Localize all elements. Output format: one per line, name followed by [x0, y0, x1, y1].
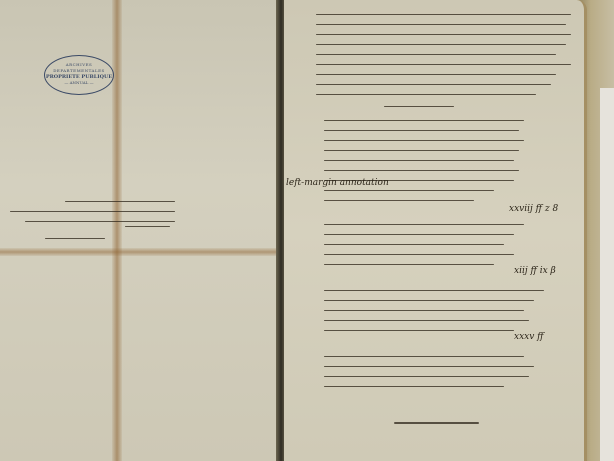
marginal-note: left-margin annotation: [286, 178, 389, 188]
paragraph-intro: [316, 14, 576, 104]
white-card-edge: [600, 88, 614, 461]
handwriting-line: [316, 94, 536, 95]
handwriting-line: [324, 200, 474, 201]
handwriting-line: [324, 140, 524, 141]
handwriting-line: [316, 34, 571, 35]
handwriting-line: [125, 226, 170, 227]
handwriting-line: [324, 234, 514, 235]
heading: [384, 106, 464, 116]
amount-entry-3: xxxv ff: [514, 332, 544, 342]
handwriting-line: [316, 14, 571, 15]
handwriting-line: [324, 254, 514, 255]
handwriting-line: [324, 120, 524, 121]
right-page: left-margin annotation xxviij ff z 8 xii…: [284, 0, 587, 461]
handwriting-line: [316, 84, 551, 85]
handwriting-line: [324, 310, 524, 311]
amount-entry-2: xiij ff ix β: [514, 266, 556, 276]
signature-stroke: [394, 422, 479, 424]
horizontal-fold-stain: [0, 248, 280, 256]
handwriting-line: [324, 320, 529, 321]
handwriting-line: [324, 356, 524, 357]
inverted-endorsement: [10, 192, 175, 222]
handwriting-line: [324, 330, 514, 331]
handwriting-line: [324, 150, 519, 151]
handwriting-line: [324, 264, 494, 265]
handwriting-line: [316, 24, 566, 25]
handwriting-line: [324, 244, 504, 245]
handwriting-line: [324, 366, 534, 367]
handwriting-line: [316, 54, 556, 55]
archive-stamp: ARCHIVES DEPARTEMENTALES PROPRIETE PUBLI…: [44, 55, 114, 95]
entry-4: [324, 356, 554, 396]
handwriting-line: [324, 224, 524, 225]
vertical-fold-stain: [112, 0, 122, 461]
handwriting-line: [324, 160, 514, 161]
stamp-line: — ANNUAL —: [45, 80, 113, 86]
left-page: ARCHIVES DEPARTEMENTALES PROPRIETE PUBLI…: [0, 0, 280, 461]
handwriting-line: [324, 290, 544, 291]
amount-entry-1: xxviij ff z 8: [509, 204, 558, 214]
handwriting-line: [324, 386, 504, 387]
handwriting-line: [324, 300, 534, 301]
handwriting-line: [65, 201, 175, 202]
endorsement-date: [45, 238, 115, 248]
closing-signature: [394, 422, 484, 433]
handwriting-line: [316, 74, 556, 75]
handwriting-line: [324, 376, 529, 377]
handwriting-line: [316, 64, 571, 65]
endorsement-note: [125, 226, 175, 236]
entry-1: [324, 120, 564, 210]
entry-2: [324, 224, 544, 274]
handwriting-line: [324, 130, 519, 131]
stamp-line: ARCHIVES DEPARTEMENTALES: [45, 62, 113, 74]
handwriting-line: [316, 44, 566, 45]
handwriting-line: [324, 190, 494, 191]
handwriting-line: [324, 170, 519, 171]
handwriting-line: [10, 211, 175, 212]
handwriting-line: [384, 106, 454, 107]
handwriting-line: [45, 238, 105, 239]
handwriting-line: [25, 221, 175, 222]
